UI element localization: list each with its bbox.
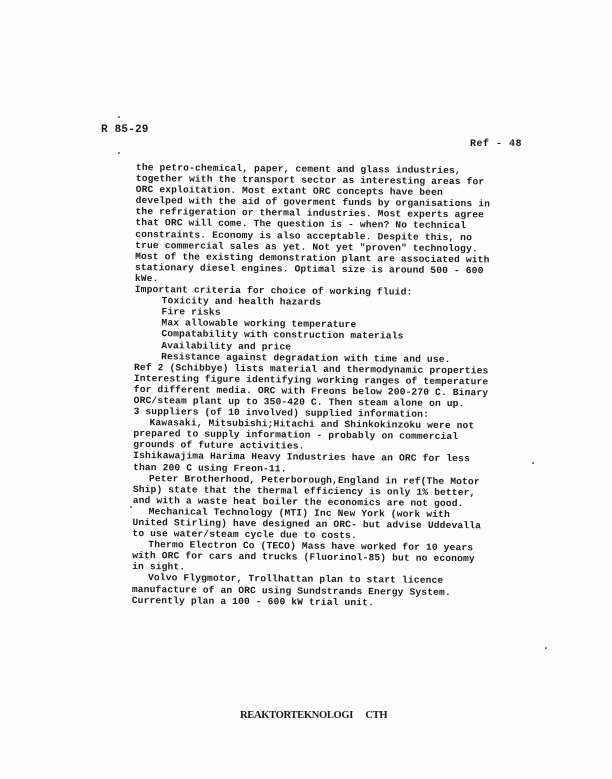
report-number: R 85-29 bbox=[101, 124, 149, 136]
scan-speck bbox=[532, 462, 534, 464]
body-text: the petro-chemical, paper, cement and gl… bbox=[132, 162, 576, 610]
scan-speck bbox=[118, 152, 120, 154]
scan-speck bbox=[118, 116, 120, 118]
scan-speck bbox=[545, 647, 547, 649]
scan-speck bbox=[130, 506, 132, 508]
footer-institution: REAKTORTEKNOLOGI CTH bbox=[240, 710, 387, 721]
document-page: R 85-29 Ref - 48 the petro-chemical, pap… bbox=[0, 0, 612, 779]
page-reference: Ref - 48 bbox=[470, 139, 522, 150]
